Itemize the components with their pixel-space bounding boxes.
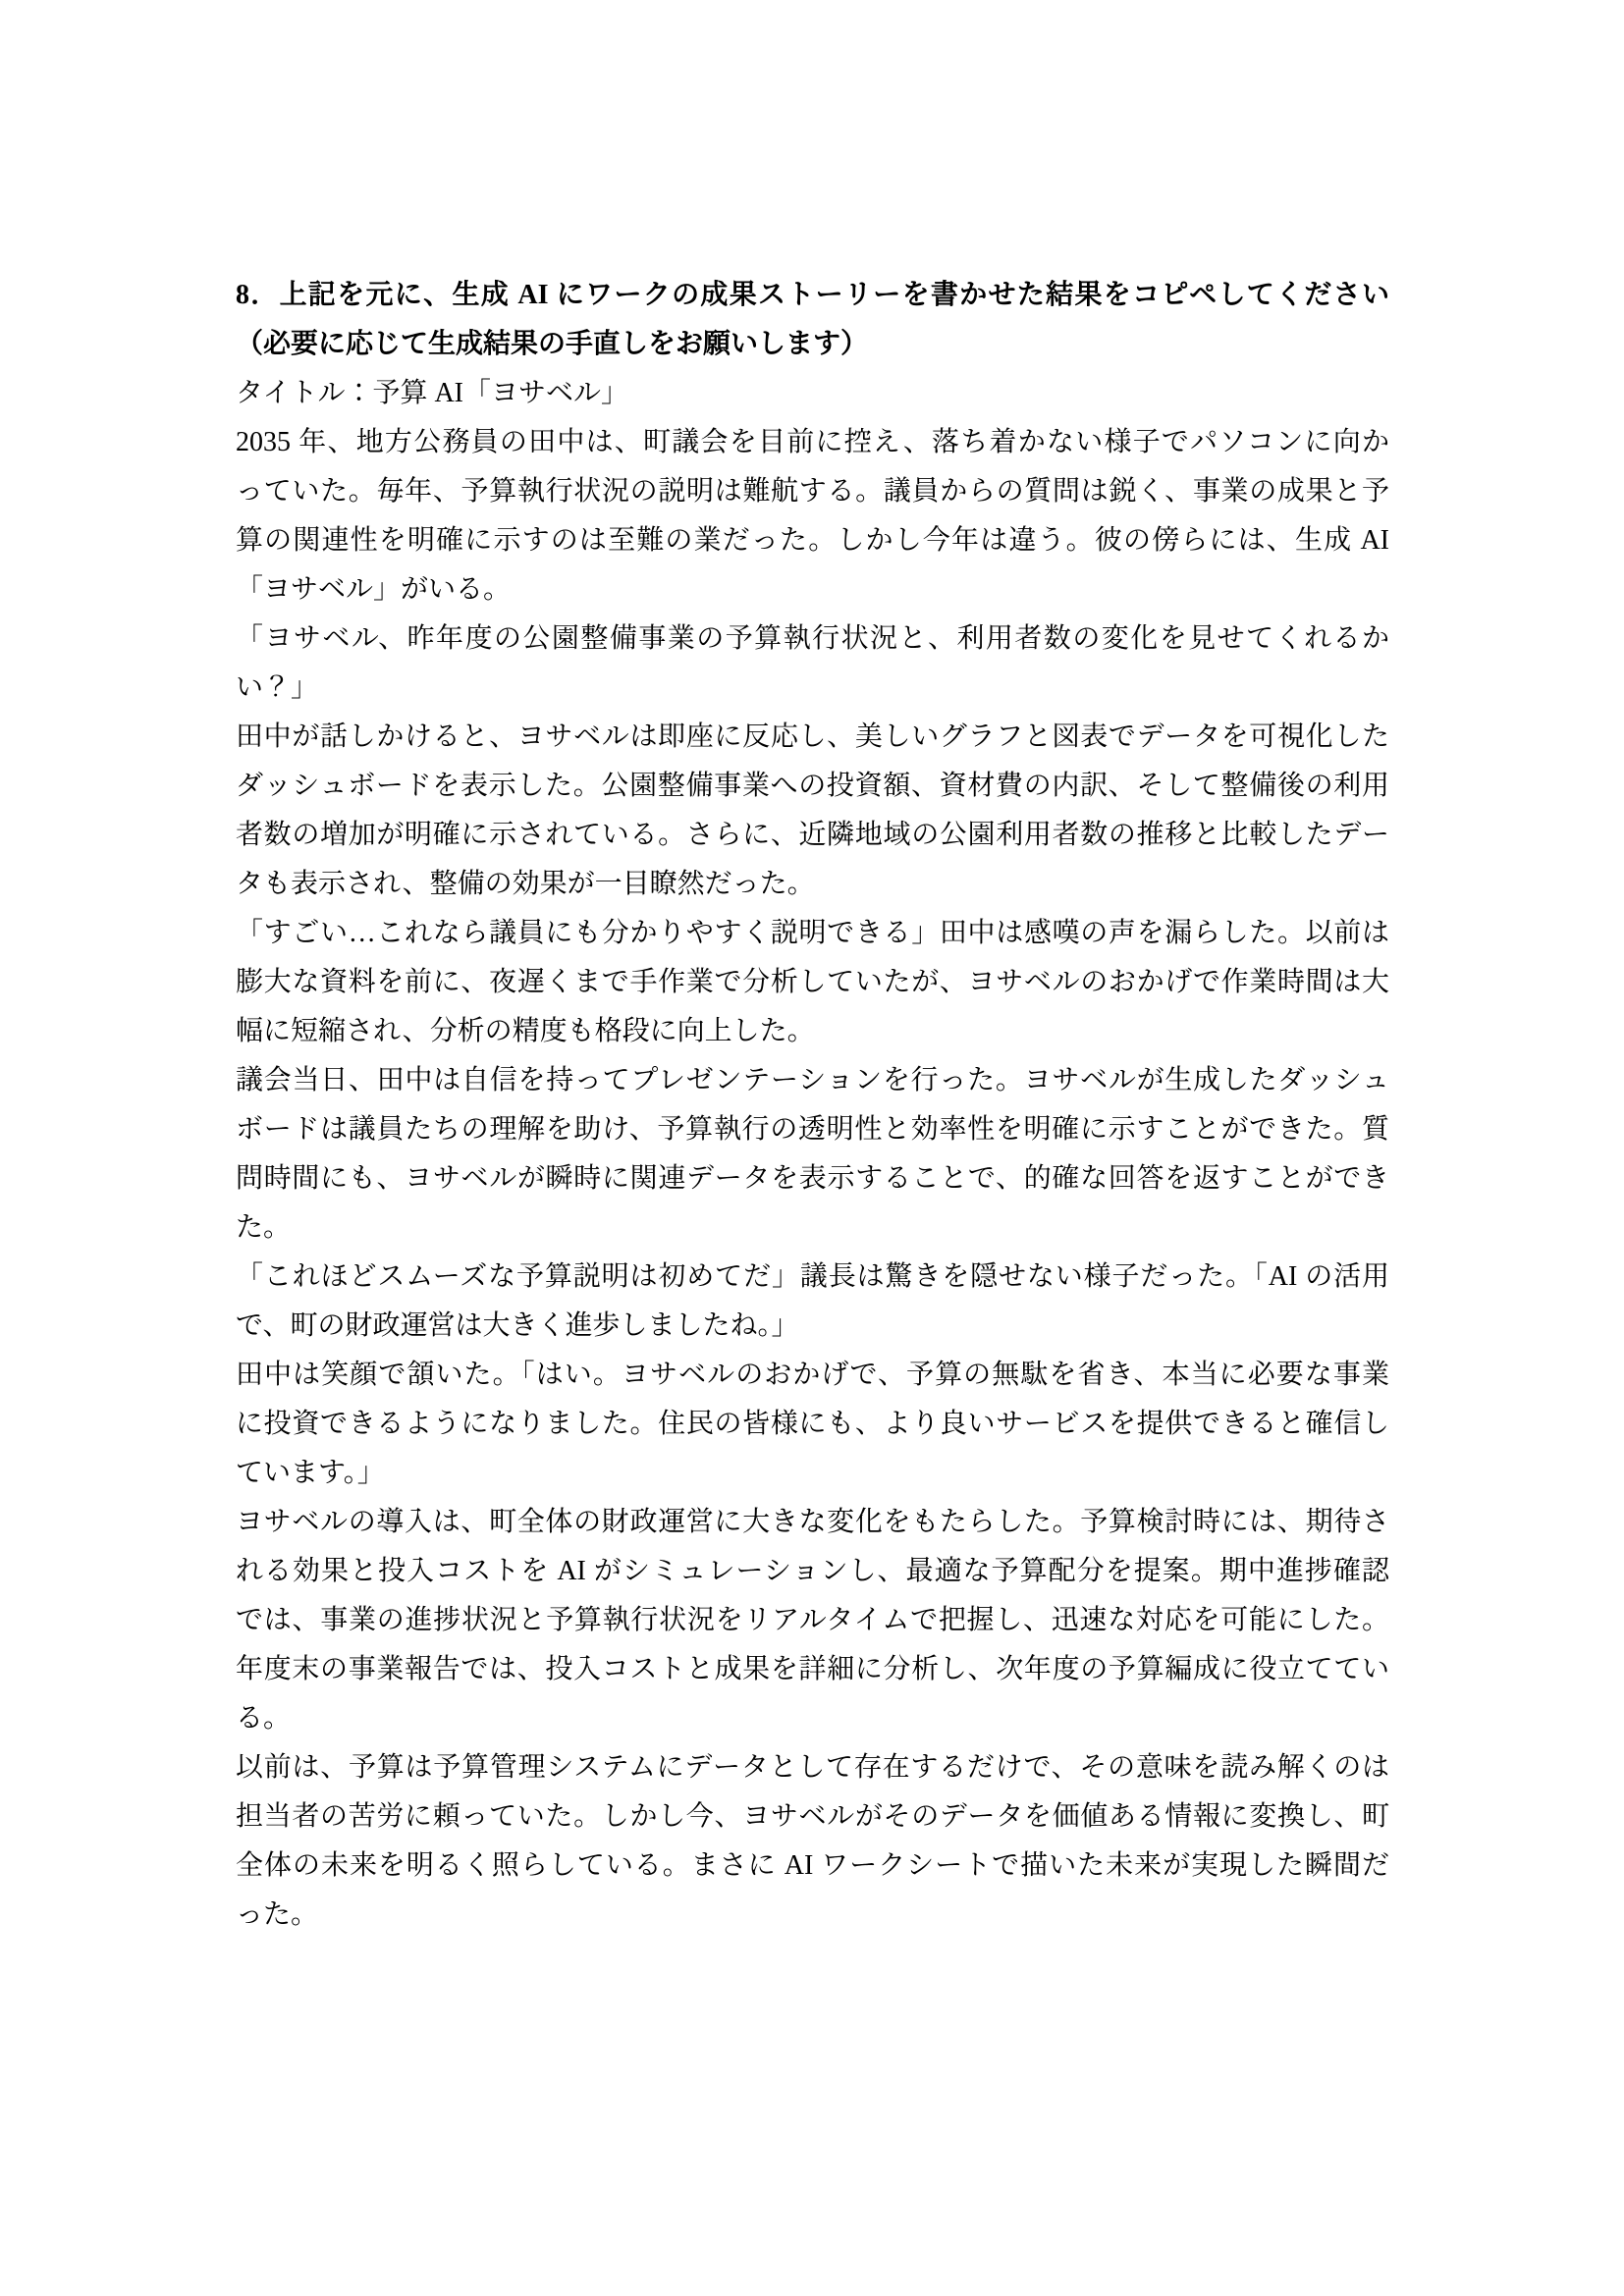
body-line: 幅に短縮され、分析の精度も格段に向上した。 xyxy=(236,1007,1389,1056)
body-line: ヨサベルの導入は、町全体の財政運営に大きな変化をもたらした。予算検討時には、期待… xyxy=(236,1498,1389,1547)
heading-line: 8．上記を元に、生成 AI にワークの成果ストーリーを書かせた結果をコピペしてく… xyxy=(236,271,1389,320)
body-line: った。 xyxy=(236,1891,1389,1940)
body-line: 田中は笑顔で頷いた。「はい。ヨサベルのおかげで、予算の無駄を省き、本当に必要な事… xyxy=(236,1351,1389,1400)
body-line: れる効果と投入コストを AI がシミュレーションし、最適な予算配分を提案。期中進… xyxy=(236,1547,1389,1596)
body-line: 「すごい…これなら議員にも分かりやすく説明できる」田中は感嘆の声を漏らした。以前… xyxy=(236,909,1389,958)
body-line: 「ヨサベル、昨年度の公園整備事業の予算執行状況と、利用者数の変化を見せてくれるか xyxy=(236,614,1389,664)
document-page: 8．上記を元に、生成 AI にワークの成果ストーリーを書かせた結果をコピペしてく… xyxy=(0,0,1624,2296)
body-line: ています。」 xyxy=(236,1449,1389,1498)
body-line: 全体の未来を明るく照らしている。まさに AI ワークシートで描いた未来が実現した… xyxy=(236,1842,1389,1891)
body-line: る。 xyxy=(236,1694,1389,1743)
body-line: 「ヨサベル」がいる。 xyxy=(236,565,1389,614)
body-line: 議会当日、田中は自信を持ってプレゼンテーションを行った。ヨサベルが生成したダッシ… xyxy=(236,1056,1389,1105)
body-line: 「これほどスムーズな予算説明は初めてだ」議長は驚きを隠せない様子だった。「AI … xyxy=(236,1253,1389,1302)
body-line: タも表示され、整備の効果が一目瞭然だった。 xyxy=(236,860,1389,909)
body-line: 算の関連性を明確に示すのは至難の業だった。しかし今年は違う。彼の傍らには、生成 … xyxy=(236,516,1389,565)
heading-line: （必要に応じて生成結果の手直しをお願いします） xyxy=(236,320,1389,369)
body-line: 問時間にも、ヨサベルが瞬時に関連データを表示することで、的確な回答を返すことがで… xyxy=(236,1154,1389,1203)
body-line: では、事業の進捗状況と予算執行状況をリアルタイムで把握し、迅速な対応を可能にした… xyxy=(236,1596,1389,1645)
text-block: 8．上記を元に、生成 AI にワークの成果ストーリーを書かせた結果をコピペしてく… xyxy=(236,271,1389,1940)
body-line: 年度末の事業報告では、投入コストと成果を詳細に分析し、次年度の予算編成に役立てて… xyxy=(236,1645,1389,1694)
body-line: ボードは議員たちの理解を助け、予算執行の透明性と効率性を明確に示すことができた。… xyxy=(236,1105,1389,1154)
body-line: 者数の増加が明確に示されている。さらに、近隣地域の公園利用者数の推移と比較したデ… xyxy=(236,811,1389,860)
body-line: い？」 xyxy=(236,664,1389,713)
body-line: ダッシュボードを表示した。公園整備事業への投資額、資材費の内訳、そして整備後の利… xyxy=(236,762,1389,811)
body-line: 田中が話しかけると、ヨサベルは即座に反応し、美しいグラフと図表でデータを可視化し… xyxy=(236,713,1389,762)
body-line: 担当者の苦労に頼っていた。しかし今、ヨサベルがそのデータを価値ある情報に変換し、… xyxy=(236,1792,1389,1842)
body-line: 2035 年、地方公務員の田中は、町議会を目前に控え、落ち着かない様子でパソコン… xyxy=(236,418,1389,467)
body-line: 以前は、予算は予算管理システムにデータとして存在するだけで、その意味を読み解くの… xyxy=(236,1743,1389,1792)
body-line: っていた。毎年、予算執行状況の説明は難航する。議員からの質問は鋭く、事業の成果と… xyxy=(236,467,1389,516)
body-line: で、町の財政運営は大きく進歩しましたね。」 xyxy=(236,1302,1389,1351)
body-line: に投資できるようになりました。住民の皆様にも、より良いサービスを提供できると確信… xyxy=(236,1400,1389,1449)
body-line: タイトル：予算 AI「ヨサベル」 xyxy=(236,369,1389,418)
body-line: た。 xyxy=(236,1203,1389,1253)
body-line: 膨大な資料を前に、夜遅くまで手作業で分析していたが、ヨサベルのおかげで作業時間は… xyxy=(236,958,1389,1007)
